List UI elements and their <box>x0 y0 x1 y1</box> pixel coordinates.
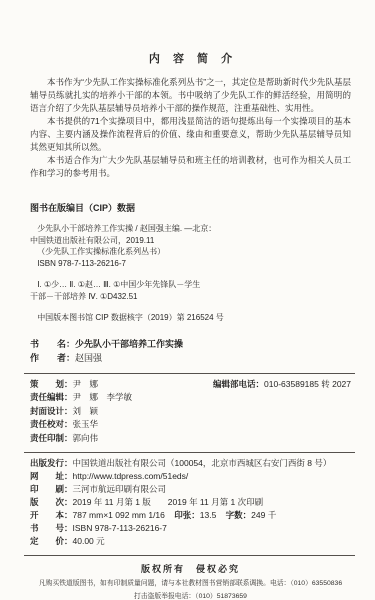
format-label: 开 本： <box>30 510 73 520</box>
proofreader-value: 张玉华 <box>73 419 99 429</box>
sheets-value: 13.5 <box>200 510 217 520</box>
staff-row-editor: 责任编辑：尹 娜 李学敏 <box>30 391 351 405</box>
wordcount-value: 249 千 <box>251 510 276 520</box>
cip-header: 图书在版编目（CIP）数据 <box>30 201 351 214</box>
staff-row-print-supervisor: 责任印制：郭向伟 <box>30 432 351 446</box>
intro-paragraph-3: 本书适合作为广大少先队基层辅导员和班主任的培训教材，也可作为相关人员工作和学习的… <box>30 154 351 180</box>
printer-label: 印 刷： <box>30 484 73 494</box>
cover-designer-label: 封面设计： <box>30 406 73 416</box>
website-row: 网 址：http://www.tdpress.com/51eds/ <box>30 470 351 483</box>
cip-block: 少先队小干部培养工作实操 / 赵国强主编. —北京： 中国铁道出版社有限公司，2… <box>30 223 351 324</box>
book-title-value: 少先队小干部培养工作实操 <box>75 339 183 349</box>
cip-classification-line-2: 干部－干部培养 Ⅳ. ①D432.51 <box>30 291 351 303</box>
cip-title-line: 少先队小干部培养工作实操 / 赵国强主编. —北京： <box>30 223 351 235</box>
editor-value: 尹 娜 李学敏 <box>73 392 133 402</box>
copyright-notice-title: 版权所有 侵权必究 <box>30 562 351 575</box>
intro-title: 内 容 简 介 <box>30 50 351 66</box>
divider-top <box>24 373 355 374</box>
printer-row: 印 刷：三河市航远印刷有限公司 <box>30 483 351 496</box>
publisher-value: 中国铁道出版社有限公司（100054，北京市西城区右安门西街 8 号） <box>73 458 332 468</box>
planner-label: 策 划： <box>30 379 73 389</box>
cip-publisher-line: 中国铁道出版社有限公司，2019.11 <box>30 235 351 247</box>
cip-isbn-line: ISBN 978-7-113-26216-7 <box>30 258 351 270</box>
website-url: http://www.tdpress.com/51eds/ <box>73 471 189 481</box>
price-row: 定 价：40.00 元 <box>30 535 351 548</box>
publisher-label: 出版发行： <box>30 458 73 468</box>
book-title-label: 书 名： <box>30 339 75 349</box>
isbn-value: ISBN 978-7-113-26216-7 <box>73 523 167 533</box>
isbn-row: 书 号：ISBN 978-7-113-26216-7 <box>30 522 351 535</box>
print-supervisor-label: 责任印制： <box>30 433 73 443</box>
isbn-label: 书 号： <box>30 523 73 533</box>
editorial-phone-value: 010-63589185 转 2027 <box>264 379 351 389</box>
antipiracy-hotline-line: 打击盗版举报电话：（010）51873659 <box>30 590 351 600</box>
printing-value: 2019 年 11 月第 1 次印刷 <box>168 497 263 507</box>
editorial-phone-label: 编辑部电话： <box>213 379 264 389</box>
book-author-label: 作 者： <box>30 353 75 363</box>
cip-record-number-line: 中国版本图书馆 CIP 数据核字（2019）第 216524 号 <box>30 312 351 324</box>
print-supervisor-value: 郭向伟 <box>73 433 99 443</box>
proofreader-label: 责任校对： <box>30 419 73 429</box>
book-title-row: 书 名：少先队小干部培养工作实操 <box>30 337 351 352</box>
printer-value: 三河市航远印刷有限公司 <box>73 484 167 494</box>
edition-value: 2019 年 11 月第 1 版 <box>73 497 151 507</box>
publication-block: 出版发行：中国铁道出版社有限公司（100054，北京市西城区右安门西街 8 号）… <box>30 457 351 548</box>
wordcount-label: 字数： <box>226 510 252 520</box>
planner-value: 尹 娜 <box>73 379 99 389</box>
cover-designer-value: 刘 颖 <box>73 406 99 416</box>
quality-contact-line: 凡购买铁道版图书，如有印制质量问题，请与本社教材图书营销部联系调换。电话：（01… <box>30 577 351 590</box>
book-author-value: 赵国强 <box>75 353 102 363</box>
staff-row-cover-designer: 封面设计：刘 颖 <box>30 405 351 419</box>
editor-label: 责任编辑： <box>30 392 73 402</box>
copyright-page: 内 容 简 介 本书作为“少先队工作实操标准化系列丛书”之一，其定位是帮助新时代… <box>0 0 375 600</box>
staff-block: 策 划：尹 娜 编辑部电话：010-63589185 转 2027 责任编辑：尹… <box>30 378 351 446</box>
price-label: 定 价： <box>30 536 73 546</box>
divider-bottom <box>24 555 355 556</box>
format-row: 开 本：787 mm×1 092 mm 1/16印张：13.5字数：249 千 <box>30 509 351 522</box>
book-author-row: 作 者：赵国强 <box>30 351 351 366</box>
staff-row-proofreader: 责任校对：张玉华 <box>30 418 351 432</box>
edition-label: 版 次： <box>30 497 73 507</box>
publisher-row: 出版发行：中国铁道出版社有限公司（100054，北京市西城区右安门西街 8 号） <box>30 457 351 470</box>
website-label: 网 址： <box>30 471 73 481</box>
staff-row-planner: 策 划：尹 娜 编辑部电话：010-63589185 转 2027 <box>30 378 351 392</box>
sheets-label: 印张： <box>174 510 200 520</box>
cip-classification-line-1: Ⅰ. ①少… Ⅱ. ①赵… Ⅲ. ①中国少年先锋队－学生 <box>30 279 351 291</box>
cip-series-line: （少先队工作实操标准化系列丛书） <box>30 246 351 258</box>
intro-paragraph-2: 本书提供的71个实操项目中，都用浅显简洁的语句提炼出每一个实操项目的基本内容、主… <box>30 115 351 154</box>
edition-row: 版 次：2019 年 11 月第 1 版2019 年 11 月第 1 次印刷 <box>30 496 351 509</box>
format-value: 787 mm×1 092 mm 1/16 <box>73 510 165 520</box>
divider-middle <box>24 452 355 453</box>
book-info: 书 名：少先队小干部培养工作实操 作 者：赵国强 <box>30 337 351 366</box>
price-value: 40.00 元 <box>73 536 105 546</box>
intro-paragraph-1: 本书作为“少先队工作实操标准化系列丛书”之一，其定位是帮助新时代少先队基层辅导员… <box>30 76 351 115</box>
